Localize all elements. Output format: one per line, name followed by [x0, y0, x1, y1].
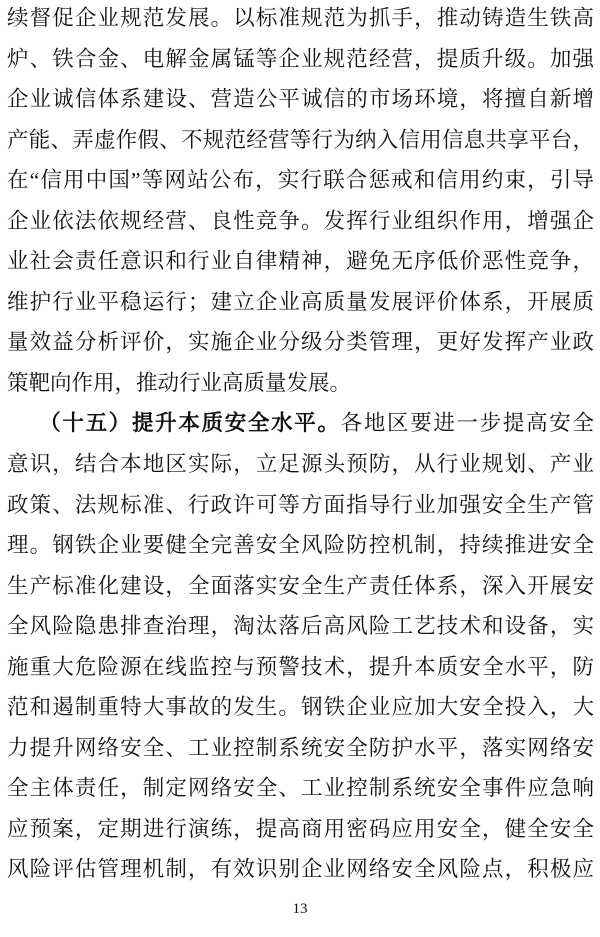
text-line: 全风险隐患排查治理，淘汰落后高风险工艺技术和设备，实 — [7, 606, 594, 647]
page-number: 13 — [0, 901, 600, 918]
text-run: 各地区要进一步提高安全 — [341, 411, 594, 435]
text-line: 续督促企业规范发展。以标准规范为抓手，推动铸造生铁高 — [7, 0, 594, 39]
text-line: 生产标准化建设，全面落实安全生产责任体系，深入开展安 — [7, 566, 594, 607]
text-line: 维护行业平稳运行；建立企业高质量发展评价体系，开展质 — [7, 282, 594, 323]
text-line: 量效益分析评价，实施企业分级分类管理，更好发挥产业政 — [7, 322, 594, 363]
text-line: 应预案，定期进行演练，提高商用密码应用安全，健全安全 — [7, 809, 594, 850]
text-line: 理。钢铁企业要健全完善安全风险防控机制，持续推进安全 — [7, 525, 594, 566]
text-line: 全主体责任，制定网络安全、工业控制系统安全事件应急响 — [7, 768, 594, 809]
text-line: 范和遏制重特大事故的发生。钢铁企业应加大安全投入，大 — [7, 687, 594, 728]
text-line: 策靶向作用，推动行业高质量发展。 — [7, 363, 594, 404]
section-heading-line: （十五）提升本质安全水平。各地区要进一步提高安全 — [7, 403, 594, 444]
text-line: 风险评估管理机制，有效识别企业网络安全风险点，积极应 — [7, 849, 594, 890]
document-body: 续督促企业规范发展。以标准规范为抓手，推动铸造生铁高 炉、铁合金、电解金属锰等企… — [7, 0, 594, 890]
text-line: 意识，结合本地区实际，立足源头预防，从行业规划、产业 — [7, 444, 594, 485]
text-line: 企业依法依规经营、良性竞争。发挥行业组织作用，增强企 — [7, 201, 594, 242]
text-line: 力提升网络安全、工业控制系统安全防护水平，落实网络安 — [7, 728, 594, 769]
section-heading: （十五）提升本质安全水平。 — [39, 411, 340, 435]
text-line: 在“信用中国”等网站公布，实行联合惩戒和信用约束，引导 — [7, 160, 594, 201]
text-line: 施重大危险源在线监控与预警技术，提升本质安全水平，防 — [7, 647, 594, 688]
text-line: 炉、铁合金、电解金属锰等企业规范经营，提质升级。加强 — [7, 39, 594, 80]
text-line: 企业诚信体系建设、营造公平诚信的市场环境，将擅自新增 — [7, 79, 594, 120]
document-page: 续督促企业规范发展。以标准规范为抓手，推动铸造生铁高 炉、铁合金、电解金属锰等企… — [0, 0, 600, 937]
text-line: 产能、弄虚作假、不规范经营等行为纳入信用信息共享平台， — [7, 120, 594, 161]
text-line: 政策、法规标准、行政许可等方面指导行业加强安全生产管 — [7, 485, 594, 526]
text-line: 业社会责任意识和行业自律精神，避免无序低价恶性竞争， — [7, 241, 594, 282]
